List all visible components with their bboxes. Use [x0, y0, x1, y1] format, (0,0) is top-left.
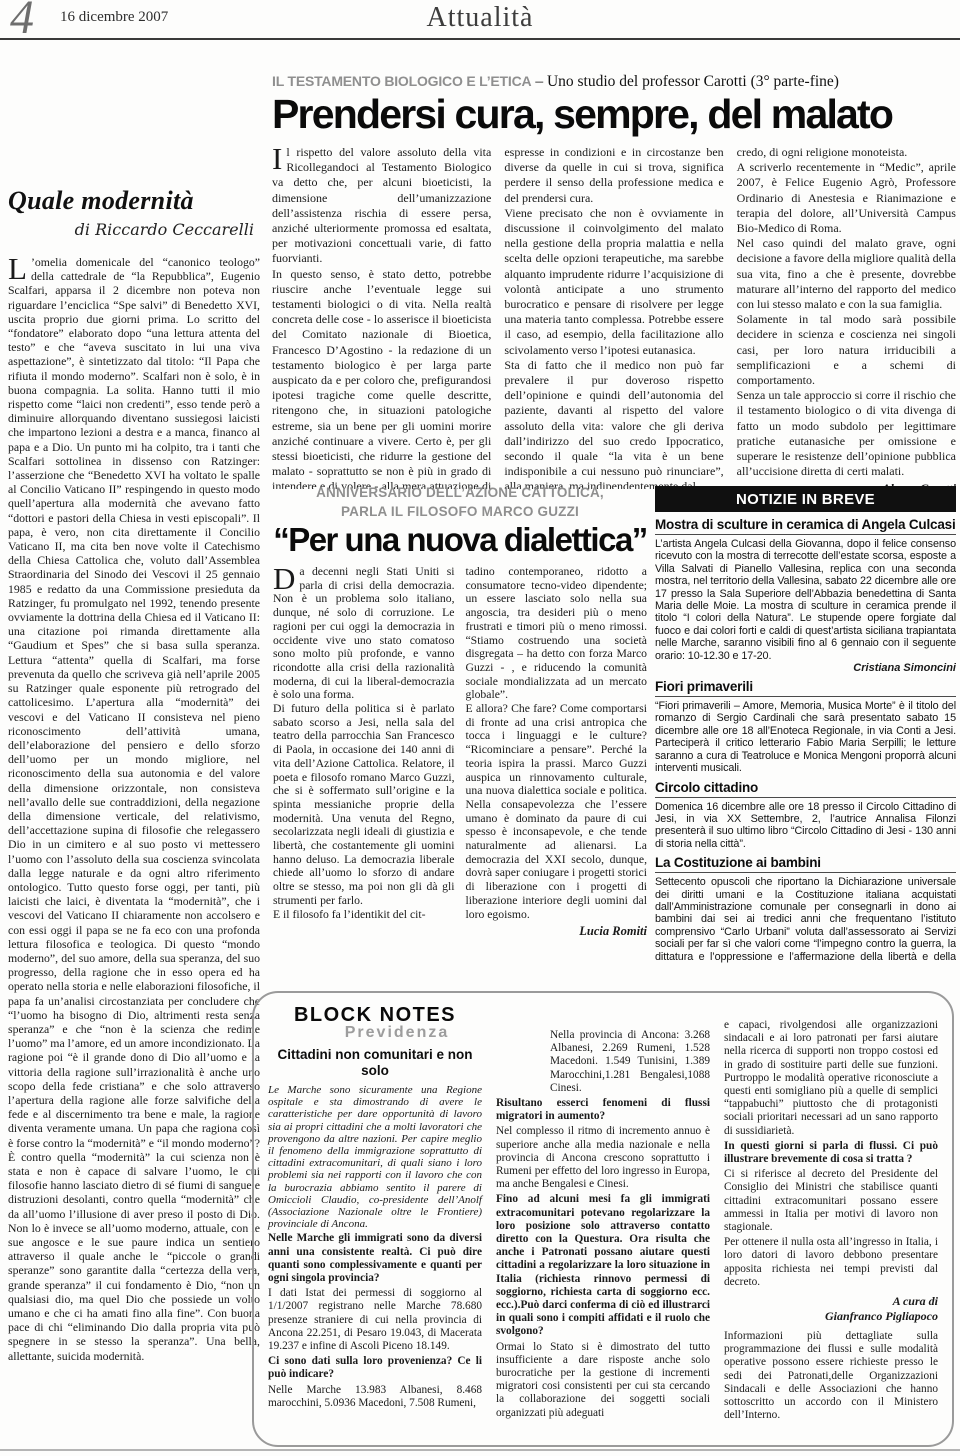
- paragraph: credo, di ogni religione monoteista.: [737, 145, 956, 160]
- curator-line2: Gianfranco Pigliapoco: [724, 1309, 938, 1324]
- opinion-body: L’omelia domenicale del “canonico teolog…: [8, 255, 260, 1363]
- news-briefs-title-bar: NOTIZIE IN BREVE: [655, 486, 956, 512]
- paragraph: Nel caso quindi del malato grave, ogni d…: [737, 236, 956, 312]
- question: Nelle Marche gli immigrati sono da diver…: [268, 1232, 482, 1285]
- answer: Ormai lo Stato si è dimostrato del tutto…: [496, 1341, 710, 1420]
- guzzi-kicker-line1: ANNIVERSARIO DELL’AZIONE CATTOLICA,: [273, 483, 647, 502]
- drop-cap-l: L: [8, 255, 31, 281]
- paragraph: Sta di fatto che il medico non può far p…: [504, 358, 723, 489]
- paragraph: In questo senso, è stato detto, potrebbe…: [272, 267, 491, 489]
- brief-body: L’artista Angela Culcasi della Giovanna,…: [655, 538, 956, 662]
- brief-body: Settecento opuscoli che riportano la Dic…: [655, 876, 956, 964]
- news-briefs-box: NOTIZIE IN BREVE Mostra di sculture in c…: [655, 486, 956, 964]
- opinion-text: ’omelia domenicale del “canonico teologo…: [8, 255, 260, 1363]
- curator-line1: A cura di: [724, 1294, 938, 1309]
- guzzi-columns: Da decenni negli Stati Uniti si parla di…: [273, 565, 647, 949]
- paragraph: Senza un tale approccio si corre il risc…: [737, 388, 956, 479]
- question: Ci sono dati sulla loro provenienza? Ce …: [268, 1355, 482, 1381]
- main-column-3: credo, di ogni religione monoteista. A s…: [737, 145, 956, 489]
- block-notes-subtitle: Previdenza: [268, 1025, 482, 1041]
- paragraph: Il rispetto del valore assoluto della vi…: [272, 145, 491, 267]
- brief-body: Domenica 16 dicembre alle ore 18 presso …: [655, 801, 956, 851]
- guzzi-column-1: Da decenni negli Stati Uniti si parla di…: [273, 565, 455, 949]
- opinion-column: Quale modernità di Riccardo Ceccarelli L…: [8, 150, 260, 1452]
- block-notes-column-2: Nella provincia di Ancona: 3.268 Albanes…: [496, 1003, 710, 1435]
- main-headline: Prendersi cura, sempre, del malato: [272, 92, 956, 136]
- question: In questi giorni si parla di flussi. Ci …: [724, 1140, 938, 1166]
- main-kicker: IL TESTAMENTO BIOLOGICO E L’ETICA – Uno …: [272, 72, 956, 91]
- main-kicker-highlight: IL TESTAMENTO BIOLOGICO E L’ETICA: [272, 73, 531, 89]
- news-brief-item: Fiori primaverili “Fiori primaverili – A…: [655, 674, 956, 774]
- newspaper-page: 4 16 dicembre 2007 Attualità Quale moder…: [0, 0, 960, 1456]
- paragraph: Di futuro della politica si è parlato sa…: [273, 702, 455, 908]
- main-kicker-rest: – Uno studio del professor Carotti (3° p…: [535, 73, 839, 90]
- guzzi-kicker: ANNIVERSARIO DELL’AZIONE CATTOLICA, PARL…: [273, 483, 647, 521]
- paragraph: Viene precisato che non è ovviamente in …: [504, 206, 723, 358]
- paragraph: Solamente in tal modo sarà possibile dec…: [737, 312, 956, 388]
- news-brief-item: Circolo cittadino Domenica 16 dicembre a…: [655, 775, 956, 851]
- paragraph-text: l rispetto del valore assoluto della vit…: [272, 145, 491, 265]
- guzzi-column-2: tadino contemporaneo, ridotto a consumat…: [466, 565, 648, 949]
- answer: Nel complesso il ritmo di incremento ann…: [496, 1125, 710, 1191]
- opinion-title: Quale modernità: [8, 186, 260, 216]
- answer: Nelle Marche 13.983 Albanesi, 8.468 maro…: [268, 1384, 482, 1410]
- brief-heading: Mostra di sculture in ceramica di Angela…: [655, 512, 956, 535]
- paragraph: E il filosofo fa l’identikit del cit-: [273, 908, 455, 922]
- section-title: Attualità: [0, 2, 960, 34]
- drop-cap-d: D: [273, 565, 299, 591]
- question: Fino ad alcuni mesi fa gli immigrati ext…: [496, 1193, 710, 1338]
- block-notes-title: BLOCK NOTES: [268, 1005, 482, 1025]
- block-notes-curator: A cura di Gianfranco Pigliapoco: [724, 1294, 938, 1324]
- block-notes-columns: BLOCK NOTES Previdenza Cittadini non com…: [268, 1003, 938, 1435]
- answer: I dati Istat dei permessi di soggiorno a…: [268, 1287, 482, 1353]
- main-columns: Il rispetto del valore assoluto della vi…: [272, 145, 956, 489]
- main-column-1: Il rispetto del valore assoluto della vi…: [272, 145, 491, 489]
- block-notes-column-3: e capaci, rivolgendosi alle organizzazio…: [724, 1003, 938, 1435]
- main-article: IL TESTAMENTO BIOLOGICO E L’ETICA – Uno …: [272, 72, 956, 489]
- brief-heading: Circolo cittadino: [655, 775, 956, 798]
- guzzi-kicker-line2: PARLA IL FILOSOFO MARCO GUZZI: [273, 502, 647, 521]
- masthead: 4 16 dicembre 2007 Attualità: [0, 0, 960, 40]
- answer: Per ottenere il nulla osta all’ingresso …: [724, 1236, 938, 1289]
- answer: Ci si riferisce al decreto del President…: [724, 1168, 938, 1234]
- paragraph: tadino contemporaneo, ridotto a consumat…: [466, 565, 648, 702]
- brief-body: “Fiori primaverili – Amore, Memoria, Mus…: [655, 700, 956, 774]
- news-brief-item: La Costituzione ai bambini Settecento op…: [655, 850, 956, 964]
- paragraph: E allora? Che fare? Come comportarsi di …: [466, 702, 648, 921]
- block-notes-heading: Cittadini non comunitari e non solo: [268, 1047, 482, 1079]
- page-bottom-rule: [0, 1449, 960, 1451]
- guzzi-article: ANNIVERSARIO DELL’AZIONE CATTOLICA, PARL…: [273, 483, 647, 949]
- opinion-byline: di Riccardo Ceccarelli: [8, 220, 260, 239]
- paragraph: Da decenni negli Stati Uniti si parla di…: [273, 565, 455, 702]
- brief-heading: Fiori primaverili: [655, 674, 956, 697]
- news-brief-item: Mostra di sculture in ceramica di Angela…: [655, 512, 956, 674]
- guzzi-headline: “Per una nuova dialettica”: [273, 522, 647, 558]
- brief-heading: La Costituzione ai bambini: [655, 850, 956, 873]
- block-notes-note: Informazioni più dettagliate sulla progr…: [724, 1330, 938, 1422]
- drop-cap-i: I: [272, 145, 286, 171]
- block-notes-column-1: BLOCK NOTES Previdenza Cittadini non com…: [268, 1003, 482, 1435]
- layout-spacer: [496, 1029, 550, 1095]
- paragraph: espresse in condizioni e in circostanze …: [504, 145, 723, 206]
- paragraph: A scriverlo recentemente in “Medic”, apr…: [737, 160, 956, 236]
- block-notes-intro: Le Marche sono sicuramente una Regione o…: [268, 1084, 482, 1230]
- guzzi-article-author: Lucia Romiti: [466, 924, 648, 939]
- question: Risultano esserci fenomeni di flussi mig…: [496, 1097, 710, 1123]
- block-notes-box: BLOCK NOTES Previdenza Cittadini non com…: [252, 991, 954, 1447]
- brief-author: Cristiana Simoncini: [655, 662, 956, 674]
- answer: e capaci, rivolgendosi alle organizzazio…: [724, 1019, 938, 1138]
- paragraph-text: a decenni negli Stati Uniti si parla di …: [273, 565, 455, 701]
- main-column-2: espresse in condizioni e in circostanze …: [504, 145, 723, 489]
